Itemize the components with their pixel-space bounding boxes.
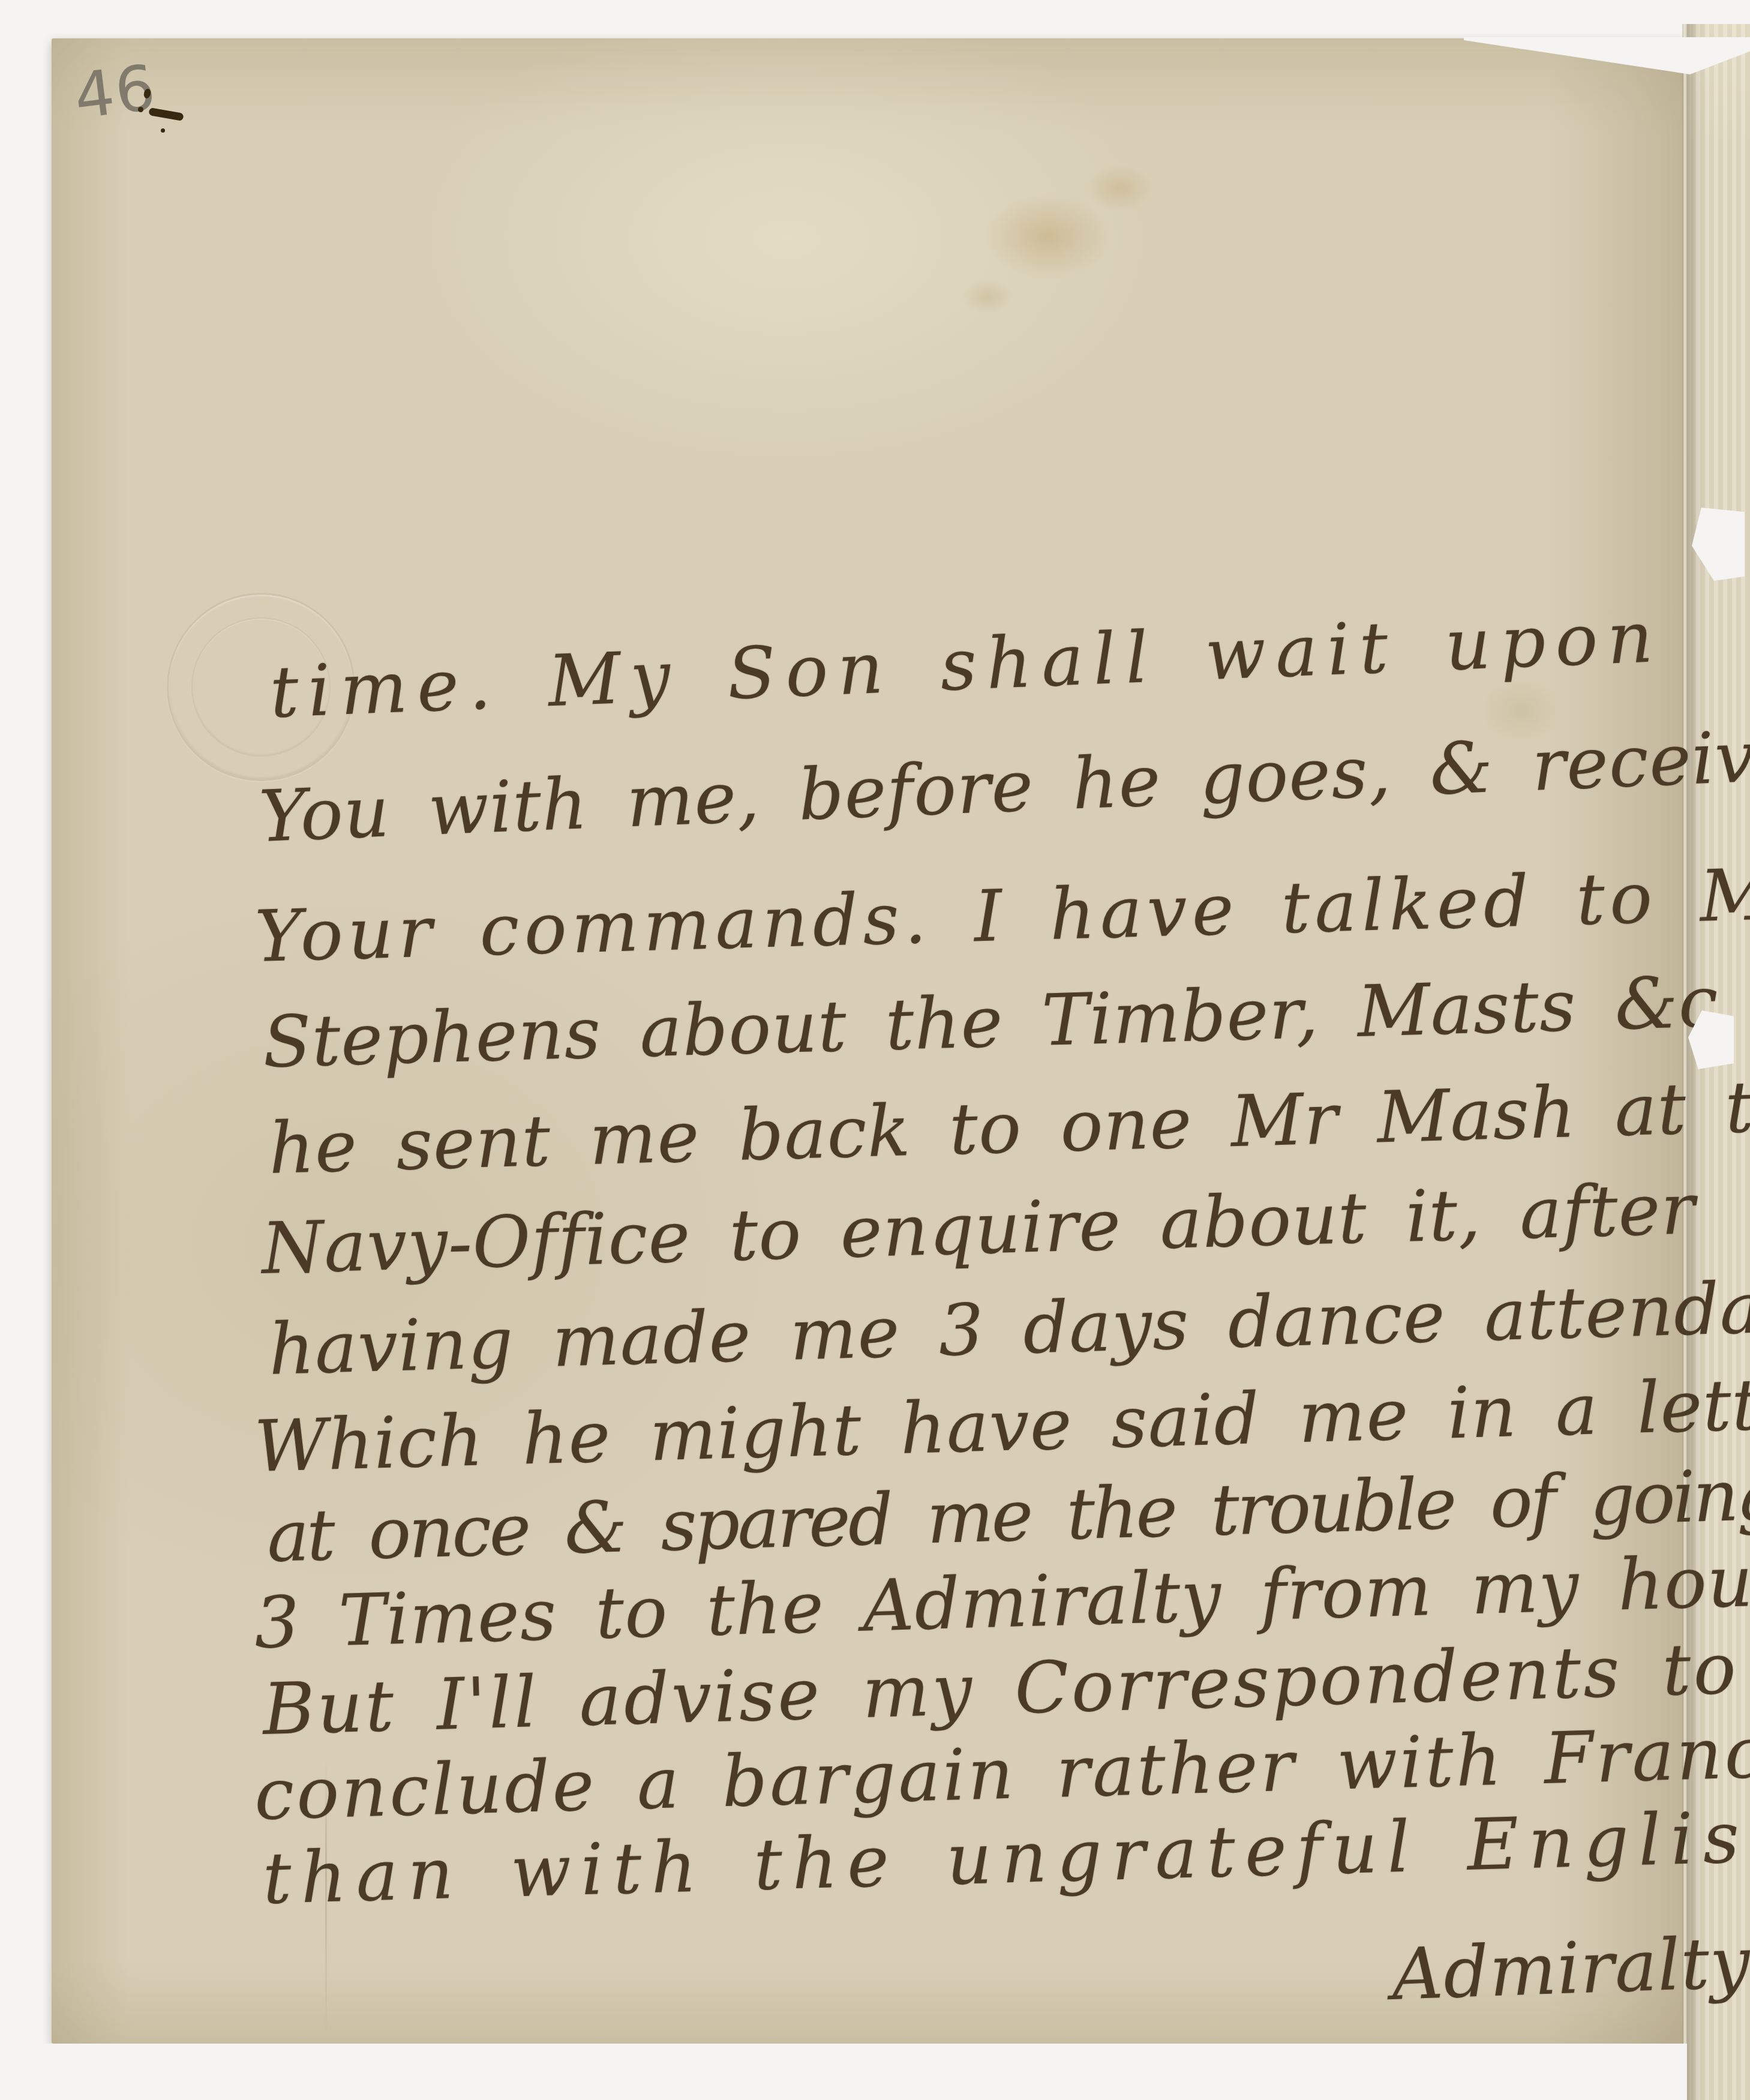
scanned-letter-page: 46 time. My Son shall wait upon You with… — [0, 0, 1750, 2100]
scanner-margin — [0, 2044, 1687, 2100]
ink-blot-speck — [143, 88, 152, 99]
letter-line-14-admiralty: Admiralty — [1391, 1921, 1750, 2016]
ink-blot-speck — [148, 107, 184, 121]
ink-blot-speck — [161, 128, 165, 133]
ink-blot-speck — [138, 107, 143, 112]
ink-blot — [137, 85, 209, 151]
